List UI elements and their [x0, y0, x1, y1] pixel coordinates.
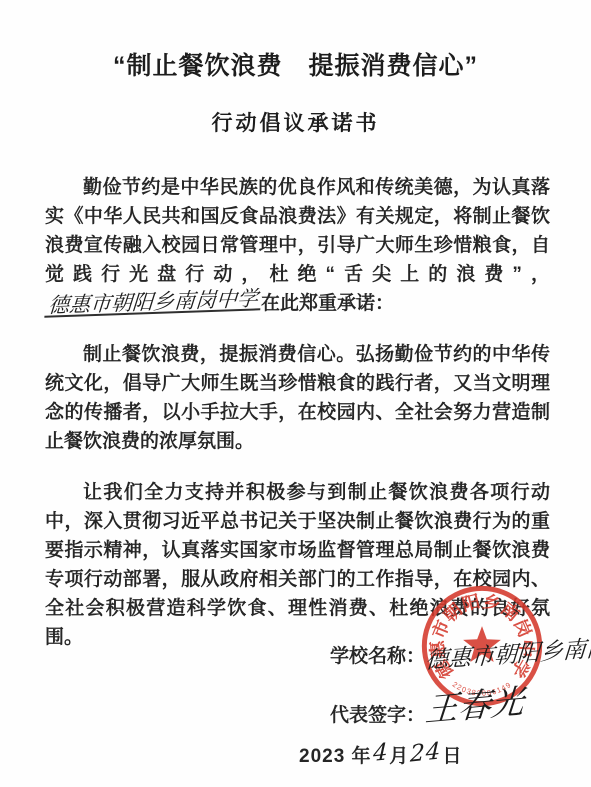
- document-body: 勤俭节约是中华民族的优良作风和传统美德，为认真落实《中华人民共和国反食品浪费法》…: [45, 173, 550, 652]
- document-subtitle: 行动倡议承诺书: [0, 107, 591, 137]
- paragraph-1-text: 勤俭节约是中华民族的优良作风和传统美德，为认真落实《中华人民共和国反食品浪费法》…: [45, 177, 550, 285]
- date-day-unit: 日: [442, 746, 462, 767]
- document-page: “制止餐饮浪费 提振消费信心” 行动倡议承诺书 勤俭节约是中华民族的优良作风和传…: [0, 0, 591, 787]
- date-row: 2023 年4月24日: [299, 741, 463, 768]
- paragraph-1-closing: 在此郑重承诺：: [261, 293, 394, 314]
- representative-signature-row: 代表签字：王春光: [330, 684, 524, 731]
- date-year-text: 2023 年: [299, 746, 372, 767]
- paragraph-1: 勤俭节约是中华民族的优良作风和传统美德，为认真落实《中华人民共和国反食品浪费法》…: [45, 173, 550, 318]
- document-title: “制止餐饮浪费 提振消费信心”: [0, 0, 591, 82]
- handwritten-day: 24: [410, 738, 442, 768]
- school-name-row: 学校名称：德惠市朝阳乡南岗中学: [330, 636, 591, 669]
- date-month-unit: 月: [389, 746, 409, 767]
- paragraph-2: 制止餐饮浪费，提振消费信心。弘扬勤俭节约的中华传统文化，倡导广大师生既当珍惜粮食…: [45, 340, 550, 456]
- representative-signature-label: 代表签字：: [330, 705, 425, 726]
- school-name-label: 学校名称：: [330, 646, 425, 667]
- handwritten-school-name-inline: 德惠市朝阳乡南岗中学: [44, 289, 261, 318]
- handwritten-signature: 王春光: [423, 675, 526, 731]
- handwritten-month: 4: [372, 739, 388, 767]
